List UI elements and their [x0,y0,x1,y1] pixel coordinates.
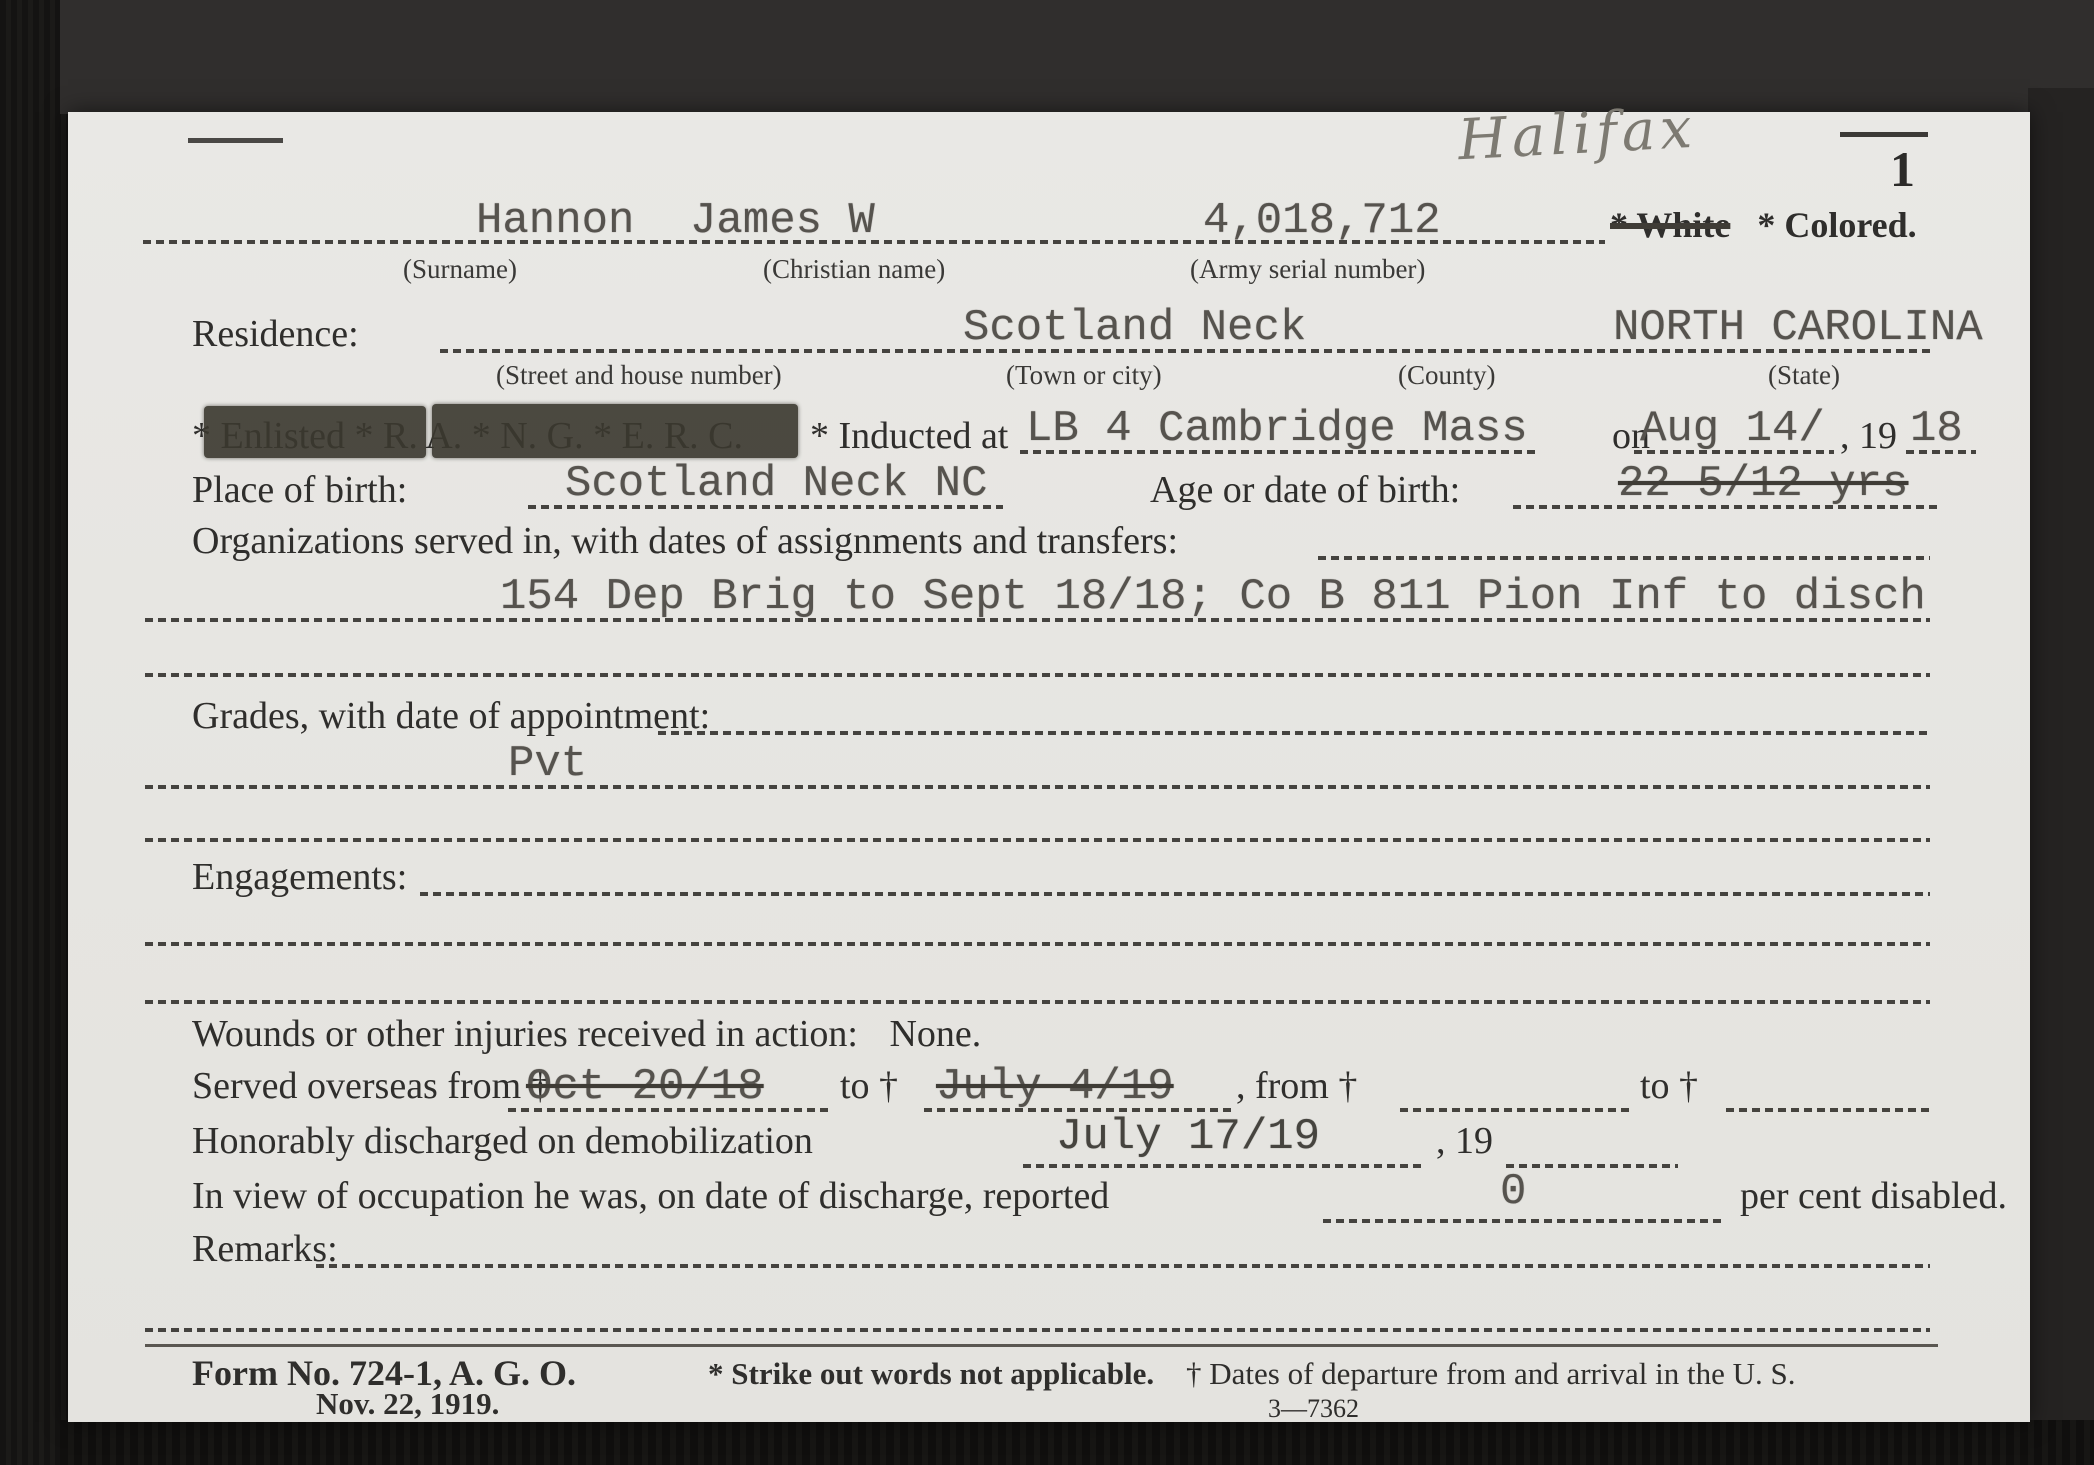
white-option-struck: * White [1610,205,1730,245]
engagements-rule-1 [145,942,1930,946]
grades-rule-1 [145,785,1930,789]
surname-label: (Surname) [403,254,517,285]
dagger-note: † Dates of departure from and arrival in… [1186,1356,1795,1392]
discharge-year-rule [1506,1164,1678,1168]
overseas-from1-value: Oct 20/18 [526,1062,764,1112]
age-value: 22 5/12 yrs [1618,459,1908,509]
discharge-label: Honorably discharged on demobilization [192,1119,813,1163]
service-record-card: Halifax 1 Hannon James W 4,018,712 * Whi… [68,112,2030,1422]
surname-value: Hannon [476,196,634,246]
colored-option: * Colored. [1757,205,1916,245]
remarks-label-rule [316,1264,1930,1268]
county-label: (County) [1398,360,1496,391]
overseas-to2-rule [1726,1108,1931,1112]
age-label: Age or date of birth: [1150,468,1460,512]
grades-label-rule [658,731,1930,735]
overseas-from2-rule [1400,1108,1630,1112]
top-left-dash-mark [188,138,283,143]
engagements-rule-2 [145,1000,1930,1004]
wounds-label: Wounds or other injuries received in act… [192,1013,858,1055]
handwritten-county: Halifax [1456,96,1698,173]
organizations-label-rule [1318,556,1930,560]
place-of-birth-value: Scotland Neck NC [565,459,987,509]
organizations-value: 154 Dep Brig to Sept 18/18; Co B 811 Pio… [500,572,1926,622]
scan-background-left [0,0,68,1465]
place-of-birth-label: Place of birth: [192,468,407,512]
scan-background-bottom [60,1420,2094,1465]
organizations-rule-1 [145,618,1930,622]
disability-rule [1323,1219,1723,1223]
remarks-rule-2 [145,1328,1930,1332]
redaction-bar-2 [432,404,798,458]
disability-suffix: per cent disabled. [1740,1174,2007,1218]
organizations-label: Organizations served in, with dates of a… [192,519,1178,563]
street-label: (Street and house number) [496,360,782,391]
wounds-value: None. [889,1013,981,1055]
discharge-date-value: July 17/19 [1056,1112,1320,1162]
page-number: 1 [1890,140,1915,198]
footer-divider-line [145,1344,1938,1347]
induction-date-value: Aug 14/ [1640,404,1825,454]
induction-year-value: 18 [1910,404,1963,454]
grades-rule-2 [145,838,1930,842]
race-designation: * White * Colored. [1610,204,1917,246]
christian-name-label: (Christian name) [763,254,945,285]
overseas-from2-label: , from † [1236,1064,1357,1108]
engagements-label: Engagements: [192,855,407,899]
year-19-prefix: , 19 [1840,414,1897,458]
print-code: 3—7362 [1268,1394,1359,1424]
overseas-label: Served overseas from † [192,1064,550,1108]
page-number-overline [1840,132,1928,137]
christian-name-value: James W [690,196,875,246]
town-label: (Town or city) [1006,360,1162,391]
engagements-label-rule [420,892,1930,896]
scan-background-right [2028,88,2094,1465]
inducted-at-label: * Inducted at [810,414,1008,458]
redaction-bar-1 [204,406,426,458]
disability-value: 0 [1500,1167,1526,1217]
serial-number-label: (Army serial number) [1190,254,1425,285]
strike-out-note: * Strike out words not applicable. [708,1356,1154,1392]
disability-label: In view of occupation he was, on date of… [192,1174,1109,1218]
scan-background-top [60,0,2094,114]
grade-value: Pvt [508,739,587,789]
form-date: Nov. 22, 1919. [316,1386,499,1422]
wounds-line: Wounds or other injuries received in act… [192,1012,981,1056]
overseas-to1-label: to † [840,1064,898,1108]
residence-label: Residence: [192,312,359,356]
overseas-to1-value: July 4/19 [936,1062,1174,1112]
grades-label: Grades, with date of appointment: [192,694,710,738]
overseas-to2-label: to † [1640,1064,1698,1108]
discharge-year-prefix: , 19 [1436,1119,1493,1163]
residence-town-value: Scotland Neck [963,303,1306,353]
residence-state-value: NORTH CAROLINA [1613,303,1983,353]
serial-number-value: 4,018,712 [1203,196,1441,246]
discharge-date-rule [1023,1164,1423,1168]
organizations-rule-2 [145,673,1930,677]
induction-place-value: LB 4 Cambridge Mass [1026,404,1528,454]
state-label: (State) [1768,360,1840,391]
